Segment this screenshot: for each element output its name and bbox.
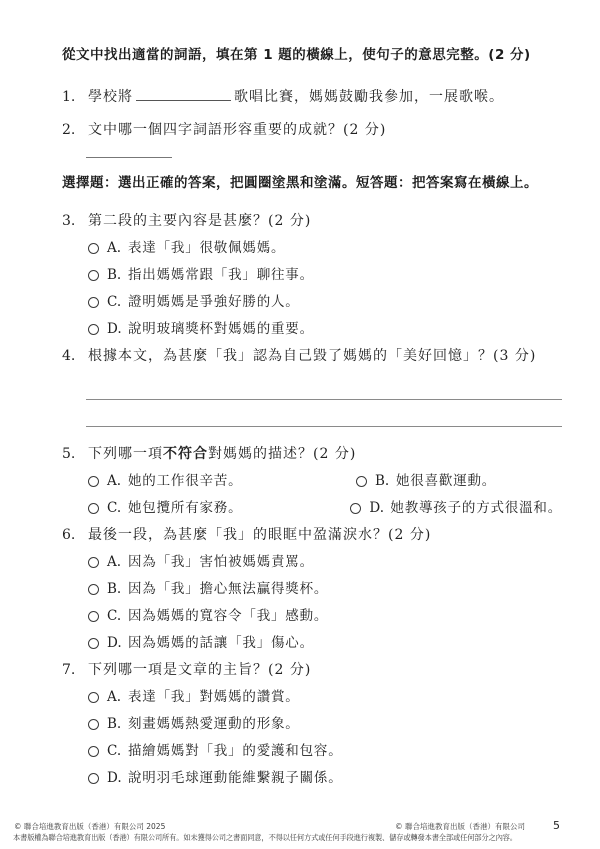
option-text: 她教導孩子的方式很溫和。 (390, 499, 562, 517)
option-text: 說明玻璃獎杯對媽媽的重要。 (128, 320, 314, 338)
option-text: 她的工作很辛苦。 (128, 472, 242, 490)
option-label: B. (107, 715, 128, 733)
option-text: 她很喜歡運動。 (396, 472, 496, 490)
question-3-option-d: D. 說明玻璃獎杯對媽媽的重要。 (88, 320, 562, 338)
option-text: 表達「我」對媽媽的讚賞。 (128, 688, 300, 706)
question-7-text: 下列哪一項是文章的主旨？(2 分) (88, 661, 311, 680)
instruction-fill-blank: 從文中找出適當的詞語，填在第 1 題的橫線上，使句子的意思完整。(2 分) (62, 46, 562, 64)
option-text: 指出媽媽常跟「我」聊往事。 (128, 266, 314, 284)
question-6-option-b: B. 因為「我」擔心無法贏得獎杯。 (88, 580, 562, 598)
answer-bubble-icon[interactable] (356, 476, 367, 487)
instruction-multiple-choice: 選擇題：選出正確的答案，把圓圈塗黑和塗滿。短答題：把答案寫在橫線上。 (62, 174, 562, 192)
question-4-number: 4. (62, 348, 88, 364)
question-4-text: 根據本文，為甚麼「我」認為自己毀了媽媽的「美好回憶」？(3 分) (88, 347, 536, 366)
question-1-number: 1. (62, 87, 88, 107)
question-7-option-c: C. 描繪媽媽對「我」的愛護和包容。 (88, 742, 562, 760)
question-5-text: 下列哪一項不符合對媽媽的描述？(2 分) (88, 445, 356, 464)
question-2-text: 文中哪一個四字詞語形容重要的成就？(2 分) (88, 121, 386, 140)
option-text: 因為媽媽的寬容令「我」感動。 (128, 607, 328, 625)
question-6-block: 6. 最後一段，為甚麼「我」的眼眶中盈滿淚水？(2 分) A. 因為「我」害怕被… (62, 526, 562, 652)
option-label: C. (107, 607, 128, 625)
question-5-option-a: A. 她的工作很辛苦。 (88, 472, 330, 490)
question-6-option-c: C. 因為媽媽的寬容令「我」感動。 (88, 607, 562, 625)
option-text: 刻畫媽媽熱愛運動的形象。 (128, 715, 300, 733)
question-6-number: 6. (62, 527, 88, 543)
question-5-option-row-1: A. 她的工作很辛苦。 B. 她很喜歡運動。 (62, 472, 562, 499)
question-3-block: 3. 第二段的主要內容是甚麼？(2 分) A. 表達「我」很敬佩媽媽。 B. 指… (62, 212, 562, 338)
question-2-answer-line[interactable] (86, 157, 172, 158)
question-5-option-row-2: C. 她包攬所有家務。 D. 她教導孩子的方式很溫和。 (62, 499, 562, 526)
option-text: 表達「我」很敬佩媽媽。 (128, 239, 285, 257)
question-7-option-d: D. 說明羽毛球運動能維繫親子關係。 (88, 769, 562, 787)
answer-bubble-icon[interactable] (88, 297, 99, 308)
question-5-number: 5. (62, 446, 88, 462)
option-label: C. (107, 499, 128, 517)
question-5-post: 對媽媽的描述？(2 分) (208, 446, 356, 462)
footer-copyright-right: © 聯合培進教育出版（香港）有限公司 (395, 821, 525, 832)
option-text: 描繪媽媽對「我」的愛護和包容。 (128, 742, 343, 760)
answer-bubble-icon[interactable] (88, 611, 99, 622)
question-3-option-a: A. 表達「我」很敬佩媽媽。 (88, 239, 562, 257)
question-7-option-a: A. 表達「我」對媽媽的讚賞。 (88, 688, 562, 706)
option-label: B. (107, 266, 128, 284)
answer-bubble-icon[interactable] (88, 503, 99, 514)
option-text: 證明媽媽是爭強好勝的人。 (128, 293, 300, 311)
footer-copyright-left: © 聯合培進教育出版（香港）有限公司 2025 (14, 821, 165, 832)
option-label: B. (107, 580, 128, 598)
question-5-emphasis: 不符合 (163, 446, 208, 462)
option-text: 因為「我」害怕被媽媽責罵。 (128, 553, 314, 571)
question-1-pre: 學校將 (88, 89, 133, 105)
question-3-text: 第二段的主要內容是甚麼？(2 分) (88, 212, 311, 231)
question-1: 1. 學校將歌唱比賽，媽媽鼓勵我參加，一展歌喉。 (62, 87, 562, 107)
question-5-option-b: B. 她很喜歡運動。 (356, 472, 496, 490)
option-label: A. (107, 688, 128, 706)
answer-bubble-icon[interactable] (88, 270, 99, 281)
question-4-answer-line-1[interactable] (86, 380, 562, 400)
question-5-pre: 下列哪一項 (88, 446, 163, 462)
option-text: 因為「我」擔心無法贏得獎杯。 (128, 580, 328, 598)
question-3-number: 3. (62, 213, 88, 229)
option-label: C. (107, 293, 128, 311)
option-text: 說明羽毛球運動能維繫親子關係。 (128, 769, 343, 787)
question-1-blank-line[interactable] (136, 100, 231, 101)
option-text: 因為媽媽的話讓「我」傷心。 (128, 634, 314, 652)
answer-bubble-icon[interactable] (88, 584, 99, 595)
answer-bubble-icon[interactable] (88, 638, 99, 649)
answer-bubble-icon[interactable] (88, 324, 99, 335)
question-4-answer-line-2[interactable] (86, 400, 562, 427)
answer-bubble-icon[interactable] (88, 476, 99, 487)
question-4-answer-area (86, 380, 562, 427)
page-content: 從文中找出適當的詞語，填在第 1 題的橫線上，使句子的意思完整。(2 分) 1.… (0, 0, 600, 787)
footer-line-1: © 聯合培進教育出版（香港）有限公司 2025 © 聯合培進教育出版（香港）有限… (14, 819, 560, 832)
question-5: 5. 下列哪一項不符合對媽媽的描述？(2 分) (62, 445, 562, 464)
question-4: 4. 根據本文，為甚麼「我」認為自己毀了媽媽的「美好回憶」？(3 分) (62, 347, 562, 366)
question-1-post: 歌唱比賽，媽媽鼓勵我參加，一展歌喉。 (234, 89, 504, 105)
option-label: A. (107, 472, 128, 490)
question-7: 7. 下列哪一項是文章的主旨？(2 分) (62, 661, 562, 680)
question-6-option-d: D. 因為媽媽的話讓「我」傷心。 (88, 634, 562, 652)
question-5-block: 5. 下列哪一項不符合對媽媽的描述？(2 分) A. 她的工作很辛苦。 B. 她… (62, 445, 562, 526)
footer-copyright-notice: 本書版權為聯合培進教育出版（香港）有限公司所有。如未獲得公司之書面同意，不得以任… (13, 833, 588, 843)
option-label: D. (107, 769, 128, 787)
answer-bubble-icon[interactable] (88, 746, 99, 757)
question-6-text: 最後一段，為甚麼「我」的眼眶中盈滿淚水？(2 分) (88, 526, 431, 545)
option-label: D. (369, 499, 390, 517)
question-4-block: 4. 根據本文，為甚麼「我」認為自己毀了媽媽的「美好回憶」？(3 分) (62, 347, 562, 427)
answer-bubble-icon[interactable] (88, 692, 99, 703)
question-7-number: 7. (62, 662, 88, 678)
question-2-number: 2. (62, 120, 88, 140)
worksheet-page: 從文中找出適當的詞語，填在第 1 題的橫線上，使句子的意思完整。(2 分) 1.… (0, 0, 600, 849)
option-text: 她包攬所有家務。 (128, 499, 242, 517)
question-3-option-b: B. 指出媽媽常跟「我」聊往事。 (88, 266, 562, 284)
question-7-block: 7. 下列哪一項是文章的主旨？(2 分) A. 表達「我」對媽媽的讚賞。 B. … (62, 661, 562, 787)
answer-bubble-icon[interactable] (350, 503, 361, 514)
option-label: D. (107, 320, 128, 338)
footer-right-group: © 聯合培進教育出版（香港）有限公司 5 (395, 819, 560, 832)
question-3: 3. 第二段的主要內容是甚麼？(2 分) (62, 212, 562, 231)
option-label: B. (375, 472, 396, 490)
option-label: A. (107, 239, 128, 257)
answer-bubble-icon[interactable] (88, 557, 99, 568)
question-6-option-a: A. 因為「我」害怕被媽媽責罵。 (88, 553, 562, 571)
question-6: 6. 最後一段，為甚麼「我」的眼眶中盈滿淚水？(2 分) (62, 526, 562, 545)
question-7-option-b: B. 刻畫媽媽熱愛運動的形象。 (88, 715, 562, 733)
page-footer: © 聯合培進教育出版（香港）有限公司 2025 © 聯合培進教育出版（香港）有限… (0, 815, 600, 849)
option-label: D. (107, 634, 128, 652)
answer-bubble-icon[interactable] (88, 243, 99, 254)
answer-bubble-icon[interactable] (88, 719, 99, 730)
option-label: A. (107, 553, 128, 571)
question-3-option-c: C. 證明媽媽是爭強好勝的人。 (88, 293, 562, 311)
option-label: C. (107, 742, 128, 760)
question-1-text: 學校將歌唱比賽，媽媽鼓勵我參加，一展歌喉。 (88, 88, 504, 107)
question-5-option-d: D. 她教導孩子的方式很溫和。 (350, 499, 562, 517)
answer-bubble-icon[interactable] (88, 773, 99, 784)
question-2: 2. 文中哪一個四字詞語形容重要的成就？(2 分) (62, 120, 562, 140)
question-5-option-c: C. 她包攬所有家務。 (88, 499, 324, 517)
page-number: 5 (553, 819, 560, 832)
